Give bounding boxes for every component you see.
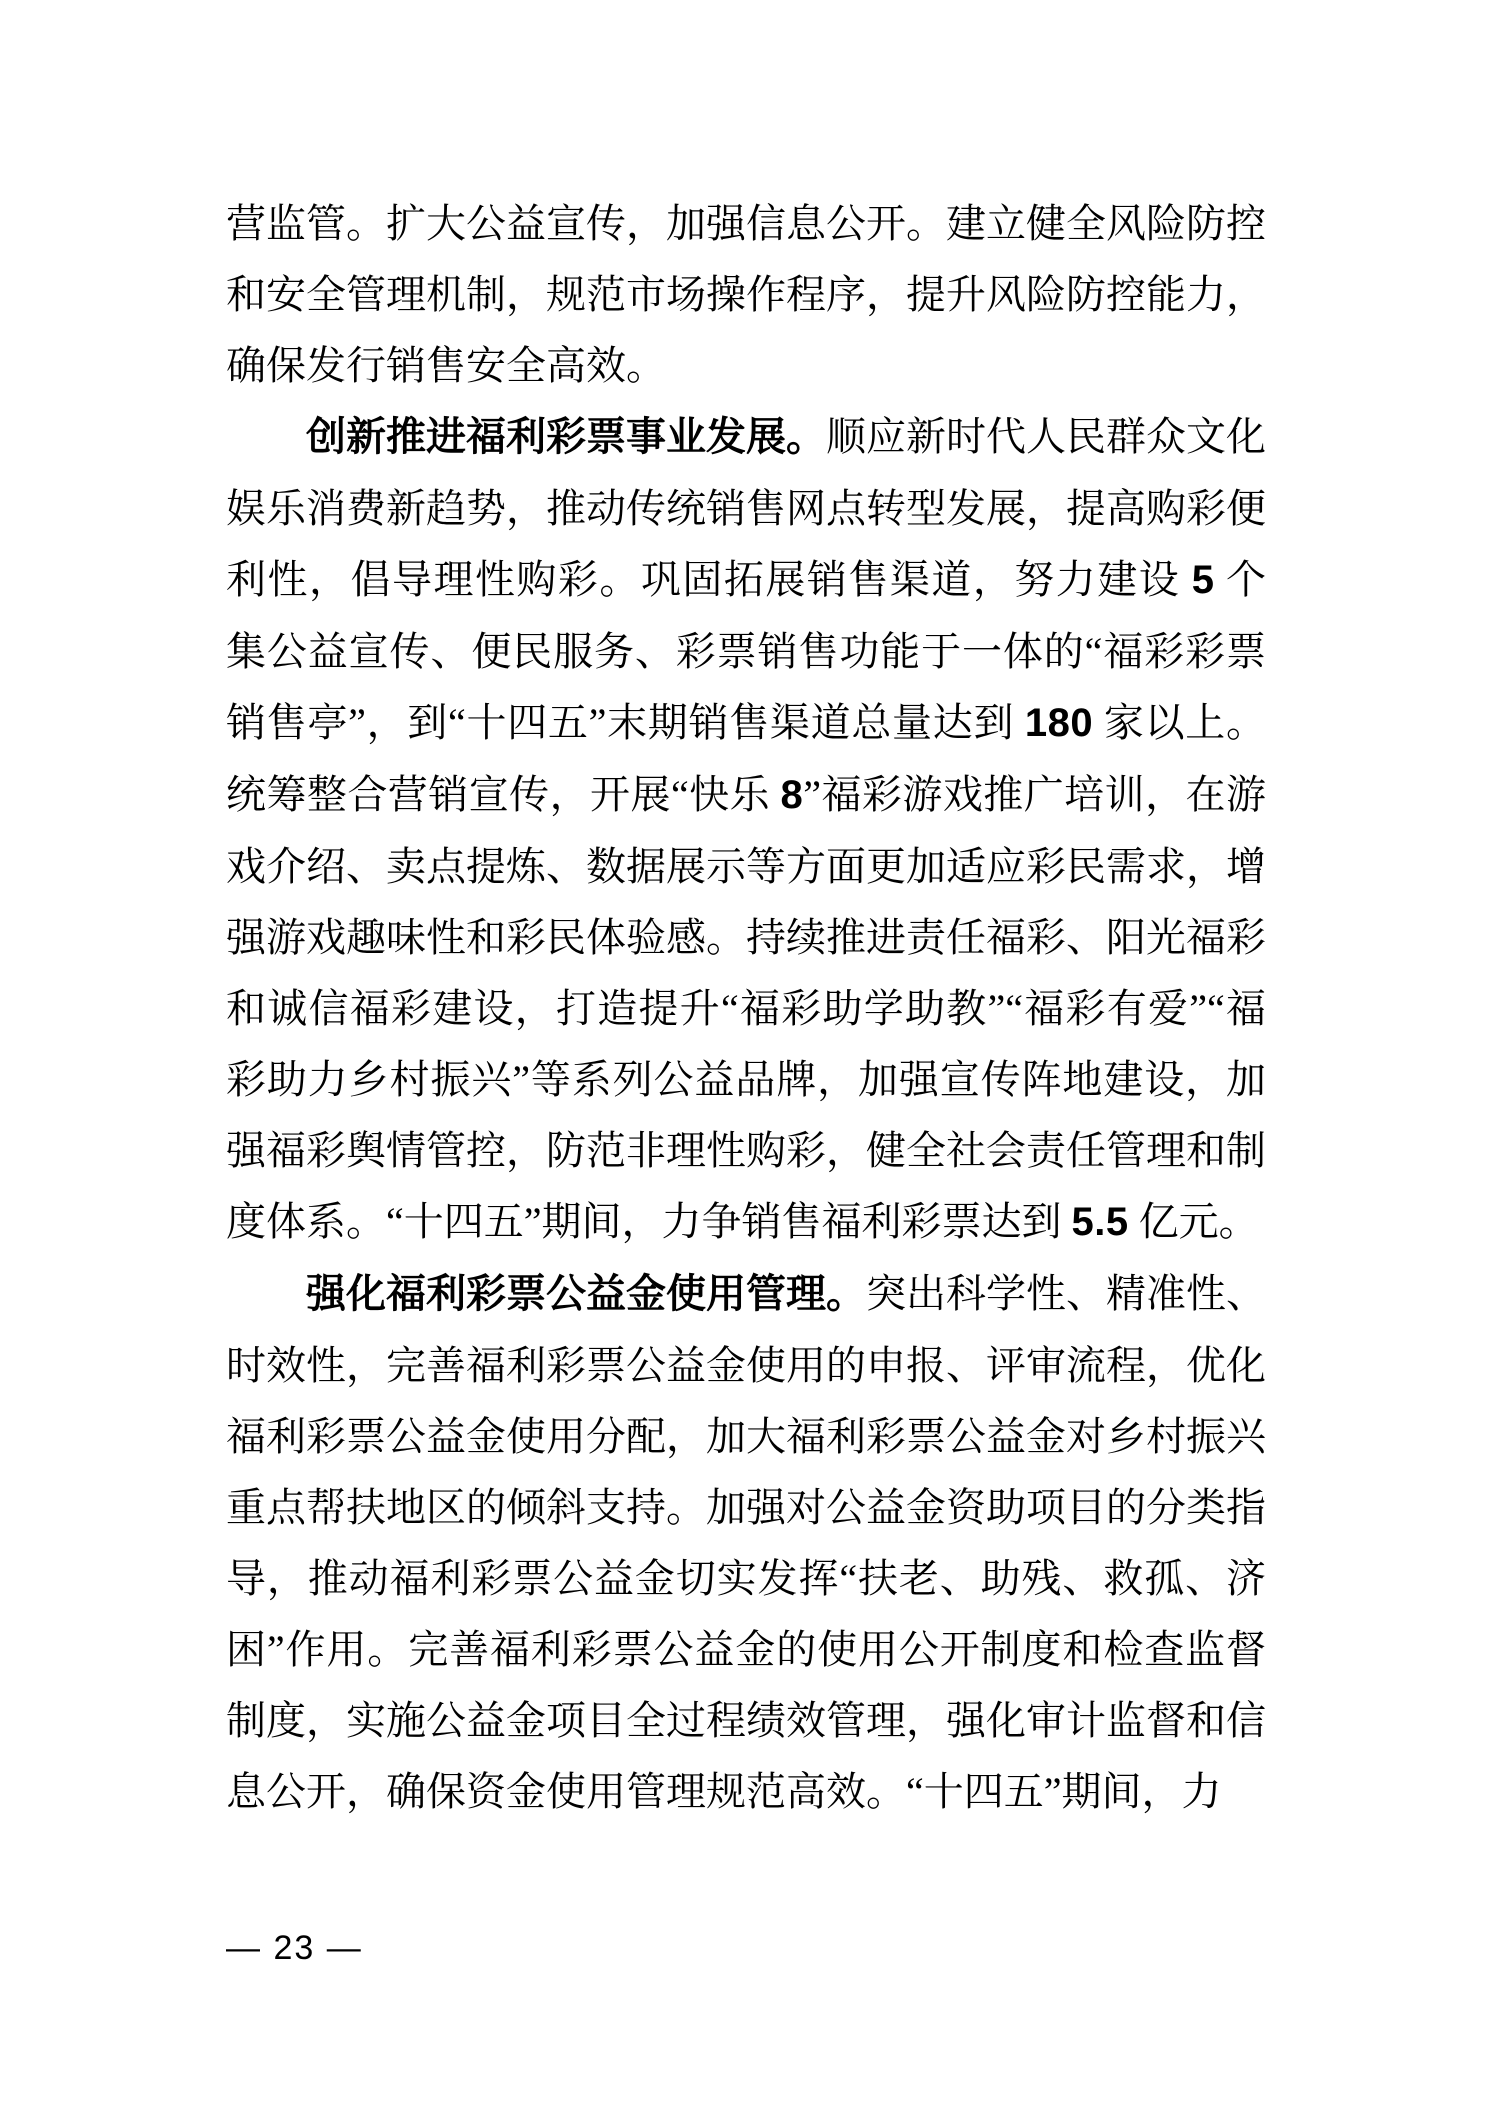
paragraph-text: 营监管。扩大公益宣传，加强信息公开。建立健全风险防控和安全管理机制，规范市场操作… <box>226 201 1266 388</box>
paragraph-text: 亿元。 <box>1129 1199 1259 1244</box>
paragraph-text: ”福彩游戏推广培训，在游戏介绍、卖点提炼、数据展示等方面更加适应彩民需求，增强游… <box>226 772 1266 1244</box>
document-page: 营监管。扩大公益宣传，加强信息公开。建立健全风险防控和安全管理机制，规范市场操作… <box>0 0 1488 2104</box>
numeric-text: 180 <box>1025 701 1093 745</box>
numeric-text: 5.5 <box>1072 1200 1129 1244</box>
paragraph: 强化福利彩票公益金使用管理。突出科学性、精准性、时效性，完善福利彩票公益金使用的… <box>226 1258 1266 1827</box>
numeric-text: 5 <box>1192 558 1215 602</box>
paragraph-lead-bold: 强化福利彩票公益金使用管理。 <box>306 1272 866 1316</box>
numeric-text: 8 <box>781 773 804 817</box>
page-number: — 23 — <box>226 1928 363 1968</box>
paragraph-text: 突出科学性、精准性、时效性，完善福利彩票公益金使用的申报、评审流程，优化福利彩票… <box>226 1271 1266 1814</box>
document-body: 营监管。扩大公益宣传，加强信息公开。建立健全风险防控和安全管理机制，规范市场操作… <box>226 188 1266 1827</box>
paragraph: 创新推进福利彩票事业发展。顺应新时代人民群众文化娱乐消费新趋势，推动传统销售网点… <box>226 401 1266 1258</box>
paragraph: 营监管。扩大公益宣传，加强信息公开。建立健全风险防控和安全管理机制，规范市场操作… <box>226 188 1266 401</box>
paragraph-lead-bold: 创新推进福利彩票事业发展。 <box>306 415 826 459</box>
